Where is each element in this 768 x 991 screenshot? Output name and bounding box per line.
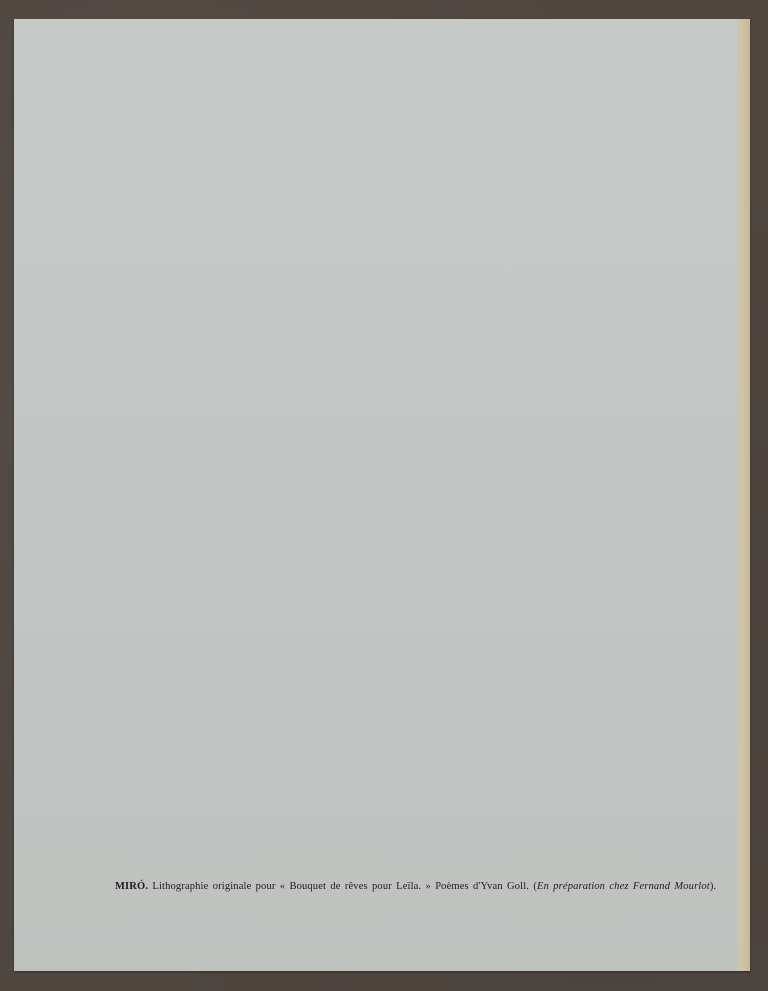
paper-sheet: MIRÓ. Lithographie originale pour « Bouq… [14, 19, 750, 971]
caption: MIRÓ. Lithographie originale pour « Bouq… [115, 881, 735, 892]
paper-edge-strip [737, 19, 750, 971]
caption-publisher-close: ). [710, 881, 716, 892]
caption-publisher: En préparation chez Fernand Mourlot [537, 881, 710, 892]
caption-text: Lithographie originale pour « Bouquet de… [152, 881, 529, 892]
caption-artist: MIRÓ. [115, 881, 148, 892]
